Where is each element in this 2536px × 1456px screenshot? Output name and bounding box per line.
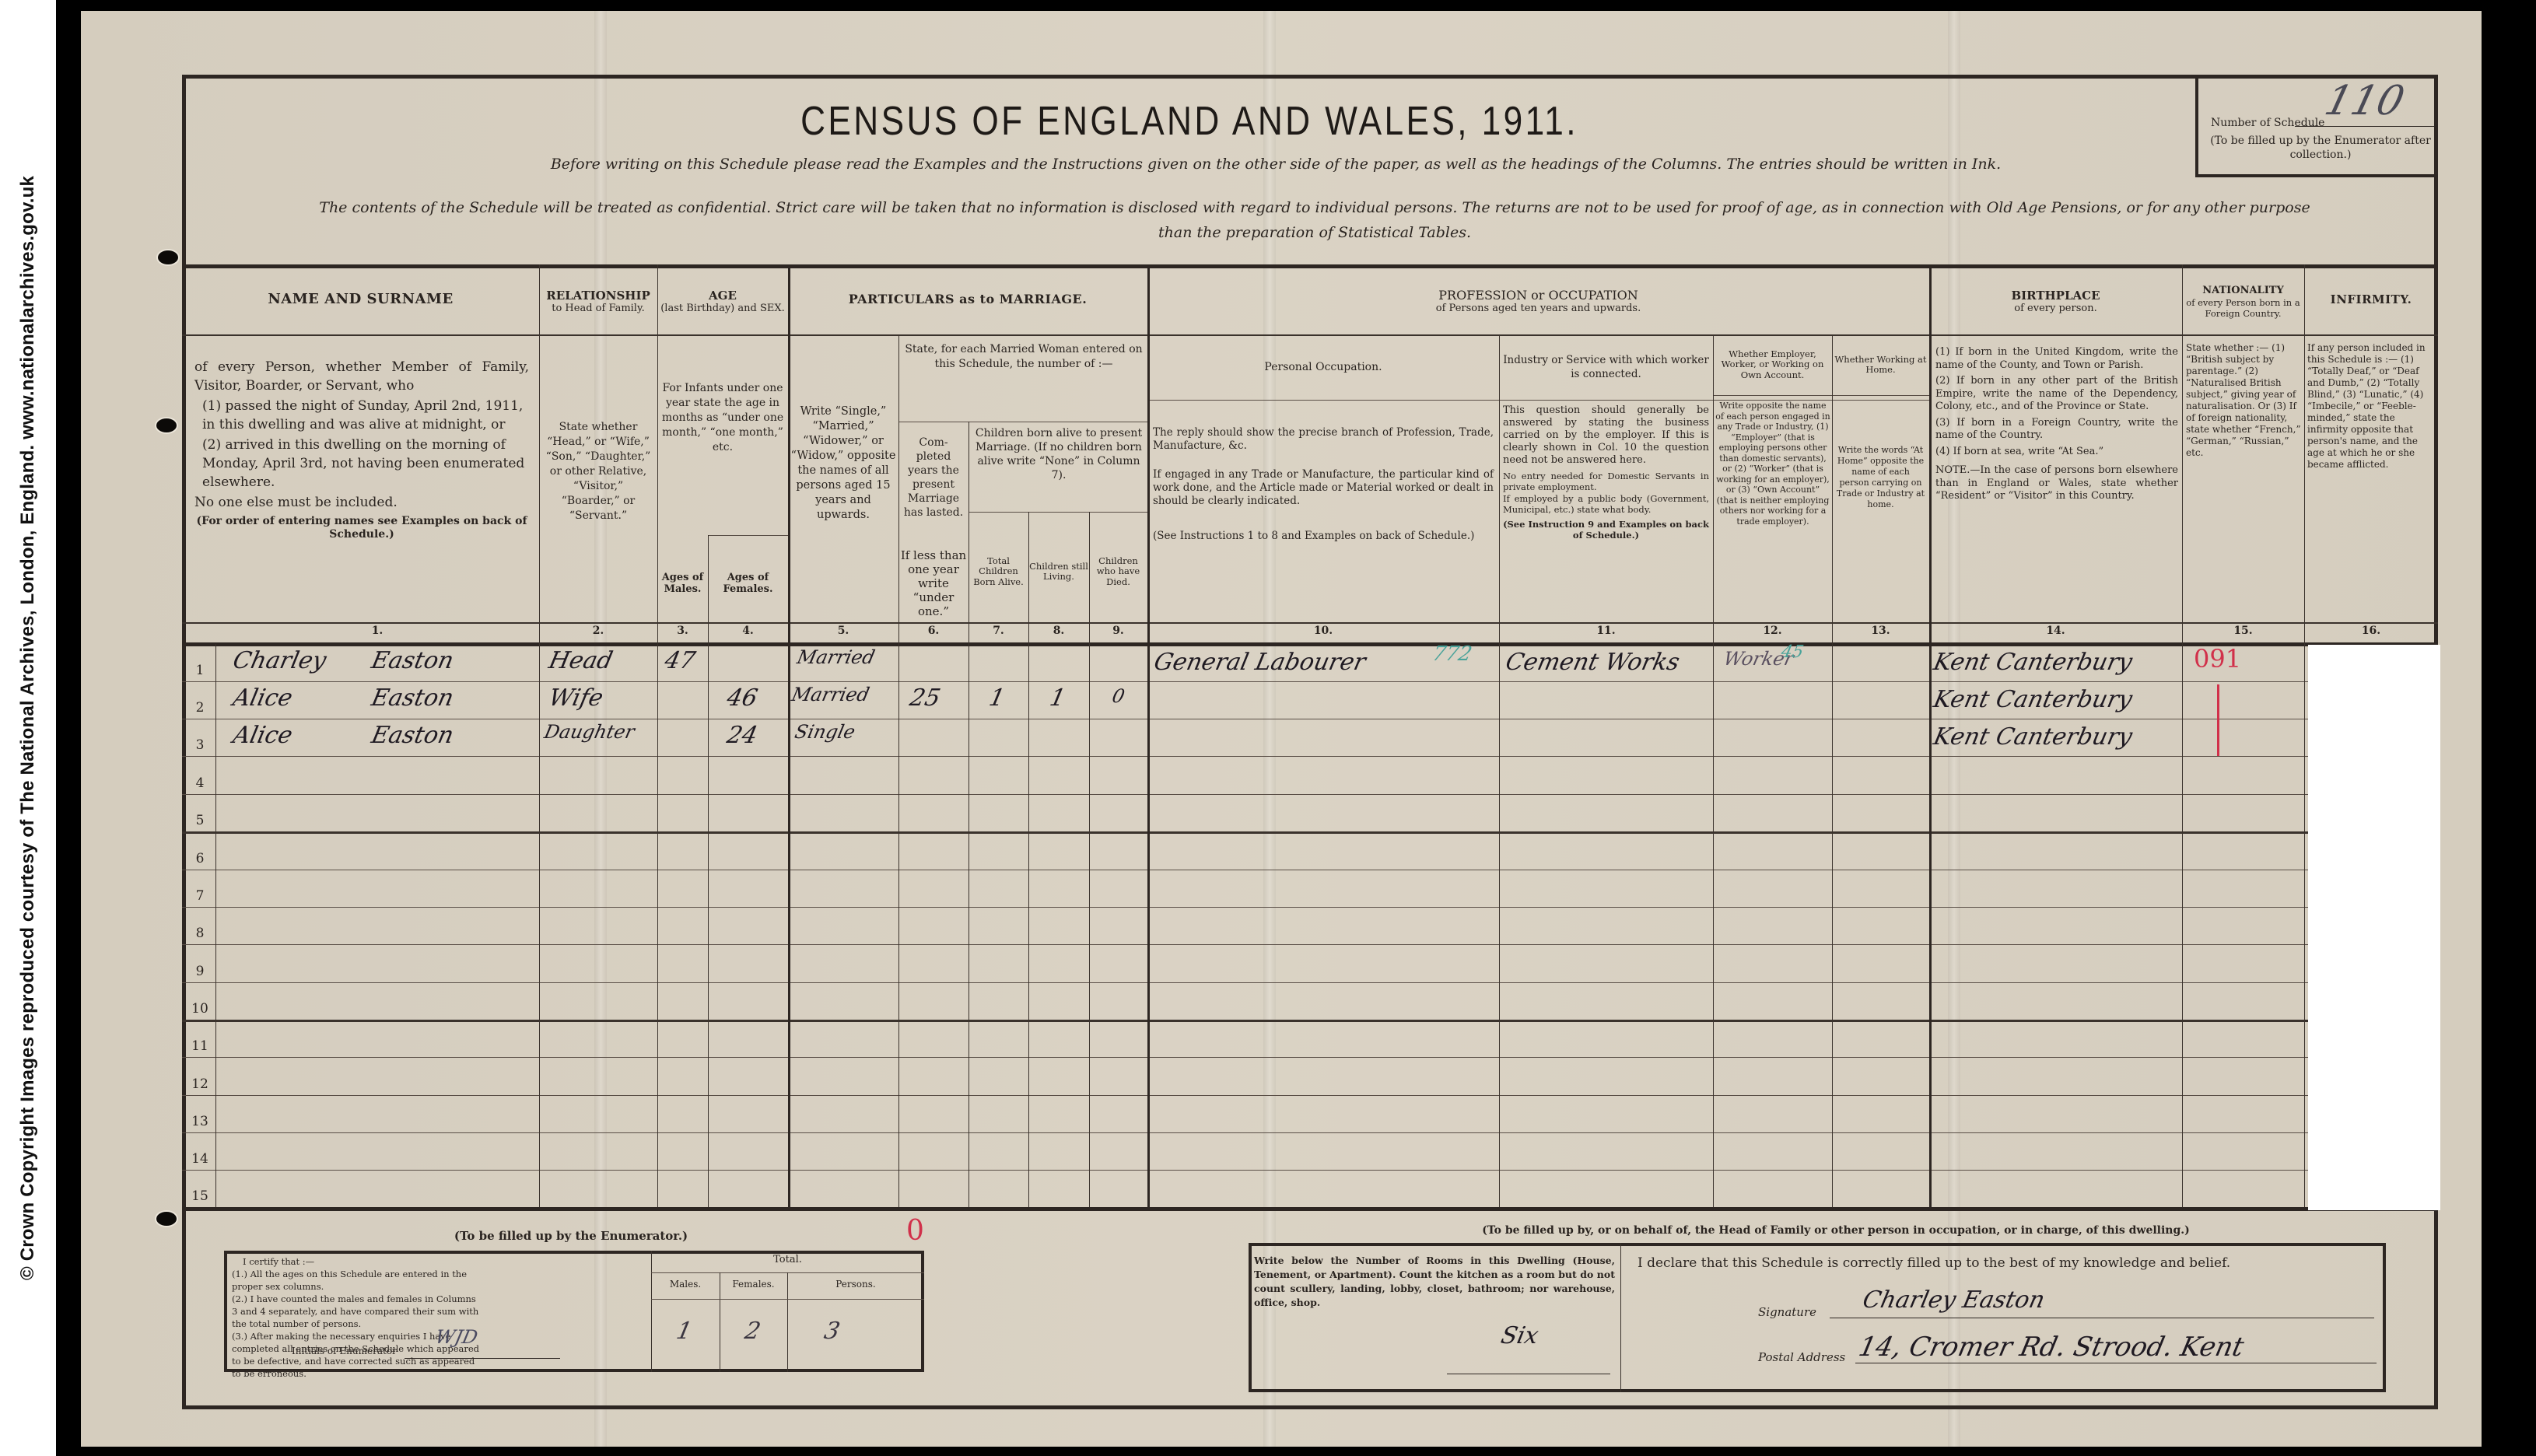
nationality-red-tick: [2217, 684, 2219, 756]
name-column-desc: of every Person, whether Member of Famil…: [194, 358, 529, 541]
row-2-condition[interactable]: Married: [790, 689, 870, 701]
rooms-line: [1447, 1374, 1610, 1374]
name-column-header: NAME AND SURNAME: [182, 264, 539, 334]
column-number: 1.: [215, 625, 539, 643]
column-number: 2.: [539, 625, 657, 643]
personal-desc-1: The reply should show the precise branch…: [1153, 426, 1494, 453]
occupation-subtitle: of Persons aged ten years and upwards.: [1436, 303, 1641, 314]
enumerator-initials[interactable]: WJD: [434, 1332, 478, 1343]
schedule-number-note: (To be filled up by the Enumerator after…: [2209, 134, 2432, 162]
column-line: [898, 334, 899, 1207]
total-children-header: Total Children Born Alive.: [969, 529, 1028, 614]
row-number: 14: [184, 1151, 215, 1167]
row-divider: [182, 794, 2438, 795]
row-number: 11: [184, 1038, 215, 1054]
row-1-occupation-code: 772: [1431, 642, 1474, 666]
table-bottom-rule: [182, 1207, 2438, 1211]
row-1-first-name[interactable]: Charley: [230, 647, 328, 674]
signature-label: Signature: [1758, 1305, 1816, 1319]
rooms-count[interactable]: Six: [1498, 1322, 1541, 1349]
nationality-column-header: NATIONALITY of every Person born in a Fo…: [2182, 268, 2304, 334]
home-header: Whether Working at Home.: [1832, 334, 1929, 395]
name-desc-2: (2) arrived in this dwelling on the morn…: [194, 436, 529, 492]
column-line: [539, 264, 540, 1207]
column-line: [2304, 264, 2305, 1207]
personal-occupation-desc: The reply should show the precise branch…: [1153, 426, 1494, 543]
row-3-surname[interactable]: Easton: [369, 722, 456, 749]
age-sub-divider: [708, 535, 788, 536]
age-subtitle: (last Birthday) and SEX.: [660, 303, 785, 314]
confidential-text: The contents of the Schedule will be tre…: [202, 199, 2427, 216]
home-desc: Write the words “At Home” opposite the n…: [1836, 445, 1925, 510]
row-number-column-line: [215, 644, 216, 1207]
age-column-desc: For Infants under one year state the age…: [660, 381, 786, 455]
row-number: 8: [184, 926, 215, 941]
column-number: 4.: [708, 625, 788, 643]
row-2-relationship[interactable]: Wife: [546, 684, 605, 712]
relationship-column-desc: State whether “Head,” or “Wife,” “Son,” …: [543, 420, 653, 523]
industry-desc-4: (See Instruction 9 and Examples on back …: [1503, 520, 1709, 541]
rooms-divider: [1620, 1243, 1621, 1392]
column-line: [1028, 512, 1029, 1207]
column-number: 6.: [898, 625, 969, 643]
enumerator-heading: (To be filled up by the Enumerator.): [182, 1229, 960, 1243]
relationship-column-header: RELATIONSHIP to Head of Family.: [539, 268, 657, 334]
birthplace-column-header: BIRTHPLACE of every person.: [1929, 268, 2182, 334]
column-number: 8.: [1028, 625, 1089, 643]
married-woman-divider: [898, 422, 1147, 422]
row-number: 9: [184, 964, 215, 979]
column-number: 11.: [1499, 625, 1713, 643]
row-2-surname[interactable]: Easton: [369, 684, 456, 712]
column-line: [1089, 512, 1090, 1207]
household-heading: (To be filled up by, or on behalf of, th…: [1245, 1224, 2427, 1237]
children-died-header: Children who have Died.: [1089, 529, 1147, 614]
birthplace-desc: (1) If born in the United Kingdom, write…: [1935, 346, 2178, 503]
column-line: [1832, 334, 1833, 1207]
row-1-industry[interactable]: Cement Works: [1503, 649, 1682, 676]
row-number: 2: [184, 700, 215, 716]
totals-label: Total.: [651, 1254, 924, 1265]
row-1-condition[interactable]: Married: [796, 652, 875, 663]
totals-label-rule: [651, 1299, 924, 1300]
row-1-birthplace[interactable]: Kent Canterbury: [1931, 649, 2135, 676]
signature-line: [1830, 1318, 2374, 1318]
rooms-instructions: Write below the Number of Rooms in this …: [1254, 1254, 1615, 1310]
schedule-number-label: Number of Schedule: [2211, 117, 2324, 129]
initials-line: [405, 1358, 560, 1359]
row-number: 7: [184, 888, 215, 904]
marriage-years-note: If less than one year write “under one.”: [900, 548, 967, 618]
relationship-subtitle: to Head of Family.: [552, 303, 644, 314]
initials-label: Initials of Enumerator: [292, 1346, 397, 1356]
row-divider: [182, 756, 2438, 757]
marriage-column-header: PARTICULARS as to MARRIAGE.: [788, 264, 1147, 334]
nationality-desc: State whether :— (1) “British subject by…: [2186, 342, 2301, 459]
row-number: 4: [184, 775, 215, 791]
industry-header: Industry or Service with which worker is…: [1499, 334, 1713, 400]
row-divider: [182, 719, 2438, 719]
birthplace-note: NOTE.—In the case of persons born elsewh…: [1935, 464, 2178, 503]
row-divider: [182, 982, 2438, 983]
females-label: Females.: [720, 1279, 787, 1290]
industry-desc-1: This question should generally be answer…: [1503, 404, 1709, 467]
row-3-first-name[interactable]: Alice: [230, 722, 295, 749]
marriage-years-desc: Com- pleted years the present Marriage h…: [900, 436, 967, 520]
column-number: 3.: [657, 625, 708, 643]
redaction-box: [2308, 645, 2440, 1210]
birthplace-desc-4: (4) If born at sea, write “At Sea.”: [1935, 446, 2178, 459]
married-woman-desc: State, for each Married Woman entered on…: [902, 342, 1145, 372]
name-desc-1: (1) passed the night of Sunday, April 2n…: [194, 397, 529, 434]
postal-address-value[interactable]: 14, Cromer Rd. Strood. Kent: [1856, 1332, 2247, 1363]
row-1-relationship[interactable]: Head: [546, 647, 615, 674]
children-divider: [969, 512, 1147, 513]
punch-hole: [158, 250, 178, 264]
name-desc-3: No one else must be included.: [194, 493, 529, 512]
children-living-header: Children still Living.: [1028, 529, 1089, 614]
row-number: 12: [184, 1076, 215, 1092]
confidential-text-2: than the preparation of Statistical Tabl…: [202, 224, 2427, 241]
children-born-desc: Children born alive to present Marriage.…: [971, 426, 1147, 482]
employer-sub-divider: [1713, 395, 1929, 396]
birthplace-desc-3: (3) If born in a Foreign Country, write …: [1935, 417, 2178, 443]
row-divider: [182, 1095, 2438, 1096]
row-divider-major: [182, 831, 2438, 834]
postal-address-line: [1855, 1363, 2377, 1363]
name-desc-intro: of every Person, whether Member of Famil…: [194, 358, 529, 395]
row-2-first-name[interactable]: Alice: [230, 684, 295, 712]
nationality-subtitle: of every Person born in a Foreign Countr…: [2182, 298, 2304, 319]
row-2-birthplace[interactable]: Kent Canterbury: [1931, 686, 2135, 713]
column-number: 7.: [969, 625, 1028, 643]
certify-heading: I certify that :—: [232, 1255, 481, 1268]
industry-desc: This question should generally be answer…: [1503, 404, 1709, 541]
persons-label: Persons.: [787, 1279, 924, 1290]
employer-desc: Write opposite the name of each person e…: [1715, 401, 1830, 527]
row-number: 6: [184, 851, 215, 866]
punch-hole: [156, 418, 177, 432]
personal-desc-2: If engaged in any Trade or Manufacture, …: [1153, 468, 1494, 508]
schedule-number-line: [2295, 126, 2435, 127]
ages-males-header: Ages of Males.: [657, 556, 708, 611]
row-number: 10: [184, 1001, 215, 1017]
row-3-condition[interactable]: Single: [793, 726, 856, 738]
column-number: 10.: [1147, 625, 1499, 643]
punch-hole: [156, 1212, 177, 1226]
age-title: AGE: [709, 289, 737, 303]
instruction-text: Before writing on this Schedule please r…: [482, 156, 2069, 173]
row-number: 3: [184, 737, 215, 753]
employer-header: Whether Employer, Worker, or Working on …: [1713, 334, 1832, 395]
row-3-age-female[interactable]: 24: [724, 722, 760, 749]
industry-desc-3: If employed by a public body (Government…: [1503, 494, 1709, 515]
ages-females-header: Ages of Females.: [708, 556, 788, 611]
infirmity-column-header: INFIRMITY.: [2304, 264, 2438, 334]
column-line: [1147, 264, 1150, 1207]
signature-value[interactable]: Charley Easton: [1860, 1286, 2047, 1314]
name-desc-4: (For order of entering names see Example…: [194, 515, 529, 541]
certify-item-1: (1.) All the ages on this Schedule are e…: [232, 1268, 481, 1293]
infirmity-desc: If any person included in this Schedule …: [2307, 342, 2433, 471]
column-number: 12.: [1713, 625, 1832, 643]
birthplace-desc-1: (1) If born in the United Kingdom, write…: [1935, 346, 2178, 372]
row-divider: [182, 1057, 2438, 1058]
page-title: CENSUS OF ENGLAND AND WALES, 1911.: [333, 98, 2046, 145]
row-divider: [182, 1170, 2438, 1171]
row-number: 13: [184, 1114, 215, 1129]
occupation-column-header: PROFESSION or OCCUPATION of Persons aged…: [1147, 268, 1929, 334]
column-number: 5.: [788, 625, 898, 643]
row-1-occupation[interactable]: General Labourer: [1151, 649, 1368, 676]
row-number: 1: [184, 663, 215, 678]
declaration-text: I declare that this Schedule is correctl…: [1638, 1255, 2377, 1271]
column-number: 14.: [1929, 625, 2182, 643]
row-1-employer-code: 45: [1779, 642, 1805, 662]
row-number: 5: [184, 813, 215, 828]
personal-occupation-header: Personal Occupation.: [1147, 334, 1499, 400]
column-line: [657, 264, 658, 1207]
row-2-marriage-years[interactable]: 25: [907, 684, 943, 712]
row-3-birthplace[interactable]: Kent Canterbury: [1931, 723, 2135, 751]
postal-address-label: Postal Address: [1758, 1350, 1845, 1364]
column-line: [1713, 334, 1714, 1207]
copyright-notice: © Crown Copyright Images reproduced cour…: [17, 5, 39, 1451]
row-1-age-male[interactable]: 47: [662, 647, 698, 674]
row-divider: [182, 907, 2438, 908]
birthplace-desc-2: (2) If born in any other part of the Bri…: [1935, 375, 2178, 414]
industry-desc-2: No entry needed for Domestic Servants in…: [1503, 471, 1709, 492]
row-1-nationality-mark: 091: [2194, 644, 2241, 674]
row-2-age-female[interactable]: 46: [724, 684, 760, 712]
birthplace-title: BIRTHPLACE: [2011, 289, 2100, 303]
males-label: Males.: [651, 1279, 720, 1290]
row-divider: [182, 681, 2438, 682]
column-line: [1499, 334, 1500, 1207]
row-divider-major: [182, 1020, 2438, 1022]
marriage-condition-desc: Write “Single,” “Married,” “Widower,” or…: [790, 404, 896, 523]
row-3-relationship[interactable]: Daughter: [543, 726, 635, 738]
relationship-title: RELATIONSHIP: [546, 289, 650, 303]
column-number: 13.: [1832, 625, 1929, 643]
column-number: 15.: [2182, 625, 2304, 643]
certify-item-2: (2.) I have counted the males and female…: [232, 1293, 481, 1330]
column-number: 9.: [1089, 625, 1147, 643]
row-number: 15: [184, 1188, 215, 1204]
personal-desc-3: (See Instructions 1 to 8 and Examples on…: [1153, 530, 1494, 543]
column-line: [2182, 264, 2183, 1207]
row-divider: [182, 870, 2438, 870]
enumerator-certify-text: I certify that :— (1.) All the ages on t…: [232, 1255, 481, 1380]
row-1-surname[interactable]: Easton: [369, 647, 456, 674]
row-2-children-died[interactable]: 0: [1111, 691, 1125, 702]
schedule-number-value[interactable]: 110: [2321, 78, 2409, 124]
header-bottom-rule: [182, 622, 2438, 624]
nationality-title: NATIONALITY: [2202, 284, 2283, 298]
occupation-title: PROFESSION or OCCUPATION: [1438, 289, 1638, 303]
column-number: 16.: [2304, 625, 2438, 643]
enumerator-red-mark: 0: [906, 1215, 924, 1247]
row-divider: [182, 1132, 2438, 1133]
age-column-header: AGE (last Birthday) and SEX.: [657, 268, 788, 334]
birthplace-subtitle: of every person.: [2014, 303, 2096, 314]
totals-divider: [651, 1251, 652, 1372]
row-divider: [182, 944, 2438, 945]
column-line: [1929, 264, 1932, 1207]
